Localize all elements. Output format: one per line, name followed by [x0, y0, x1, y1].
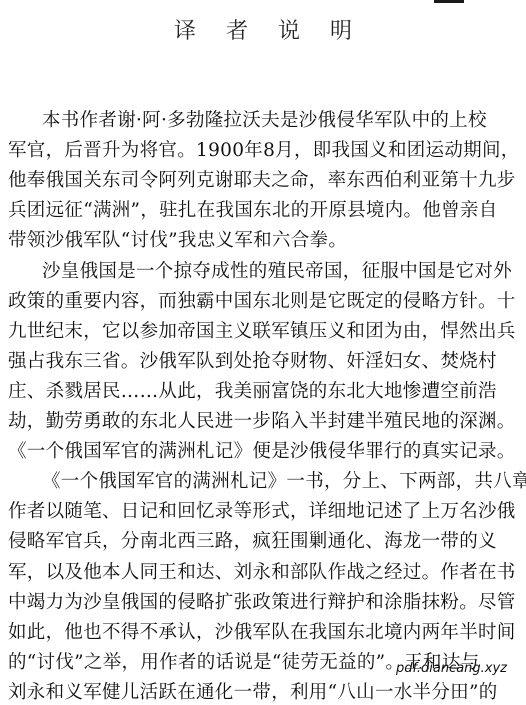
text-line: 军，以及他本人同王和达、刘永和部队作战之经过。作者在书: [8, 562, 516, 584]
text-line: 《一个俄国军官的满洲札记》便是沙俄侵华罪行的真实记录。: [8, 441, 516, 463]
text-line: 带领沙俄军队“讨伐”我忠义军和六合拳。: [8, 230, 347, 252]
text-line: 侵略军官兵，分南北西三路，疯狂围剿通化、海龙一带的义: [8, 531, 497, 553]
text-line: 本书作者谢·阿·多勃隆拉沃夫是沙俄侵华军队中的上校: [42, 110, 487, 132]
text-line: 九世纪末，它以参加帝国主义联军镇压义和团为由，悍然出兵: [8, 321, 516, 343]
text-line: 劫，勤劳勇敢的东北人民进一步陷入半封建半殖民地的深渊。: [8, 411, 516, 433]
text-line: 庄、杀戮居民……从此，我美丽富饶的东北大地惨遭空前浩: [8, 381, 497, 403]
page-title: 译者说明: [0, 14, 526, 45]
text-line: 政策的重要内容，而独霸中国东北则是它既定的侵略方针。十: [8, 291, 516, 313]
text-line: 如此，他也不得不承认，沙俄军队在我国东北境内两年半时间: [8, 622, 516, 644]
text-line: 兵团远征“满洲”，驻扎在我国东北的开原县境内。他曾亲自: [8, 200, 498, 222]
text-line: 刘永和义军健儿活跃在通化一带，利用“八山一水半分田”的: [8, 682, 498, 704]
text-line: 《一个俄国军官的满洲札记》一书，分上、下两部，共八章。: [42, 471, 526, 493]
scan-artifact-mark: [434, 0, 464, 3]
text-line: 沙皇俄国是一个掠夺成性的殖民帝国，征服中国是它对外: [42, 261, 512, 283]
watermark: pdf.diancang.xyz: [396, 661, 507, 676]
text-line: 中竭力为沙皇俄国的侵略扩张政策进行辩护和涂脂抹粉。尽管: [8, 592, 516, 614]
text-line: 军官，后晋升为将官。1900年8月，即我国义和团运动期间，: [8, 140, 520, 162]
text-line: 作者以随笔、日记和回忆录等形式，详细地记述了上万名沙俄: [8, 501, 516, 523]
text-line: 强占我东三省。沙俄军队到处抢夺财物、奸淫妇女、焚烧村: [8, 351, 497, 373]
text-line: 他奉俄国关东司令阿列克谢耶夫之命，率东西伯利亚第十九步: [8, 170, 516, 192]
